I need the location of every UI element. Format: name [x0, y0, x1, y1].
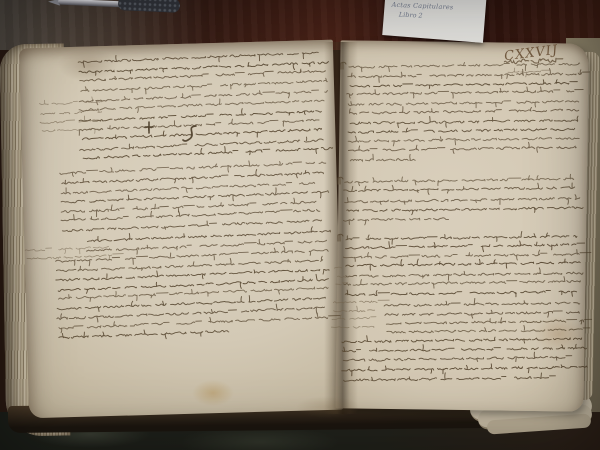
left-manuscript-page: [19, 40, 343, 419]
page-stain: [534, 316, 584, 352]
page-stain: [192, 380, 234, 406]
right-manuscript-page: [335, 40, 588, 411]
photo-open-manuscript-book: CXXVIJ Actas Capitulares Libro 2: [0, 0, 600, 450]
page-stain: [296, 396, 360, 418]
sticky-note-line-2: Libro 2: [399, 11, 423, 20]
page-stain: [58, 48, 118, 82]
book-gutter: [324, 42, 358, 414]
pen-grip: [118, 0, 181, 13]
